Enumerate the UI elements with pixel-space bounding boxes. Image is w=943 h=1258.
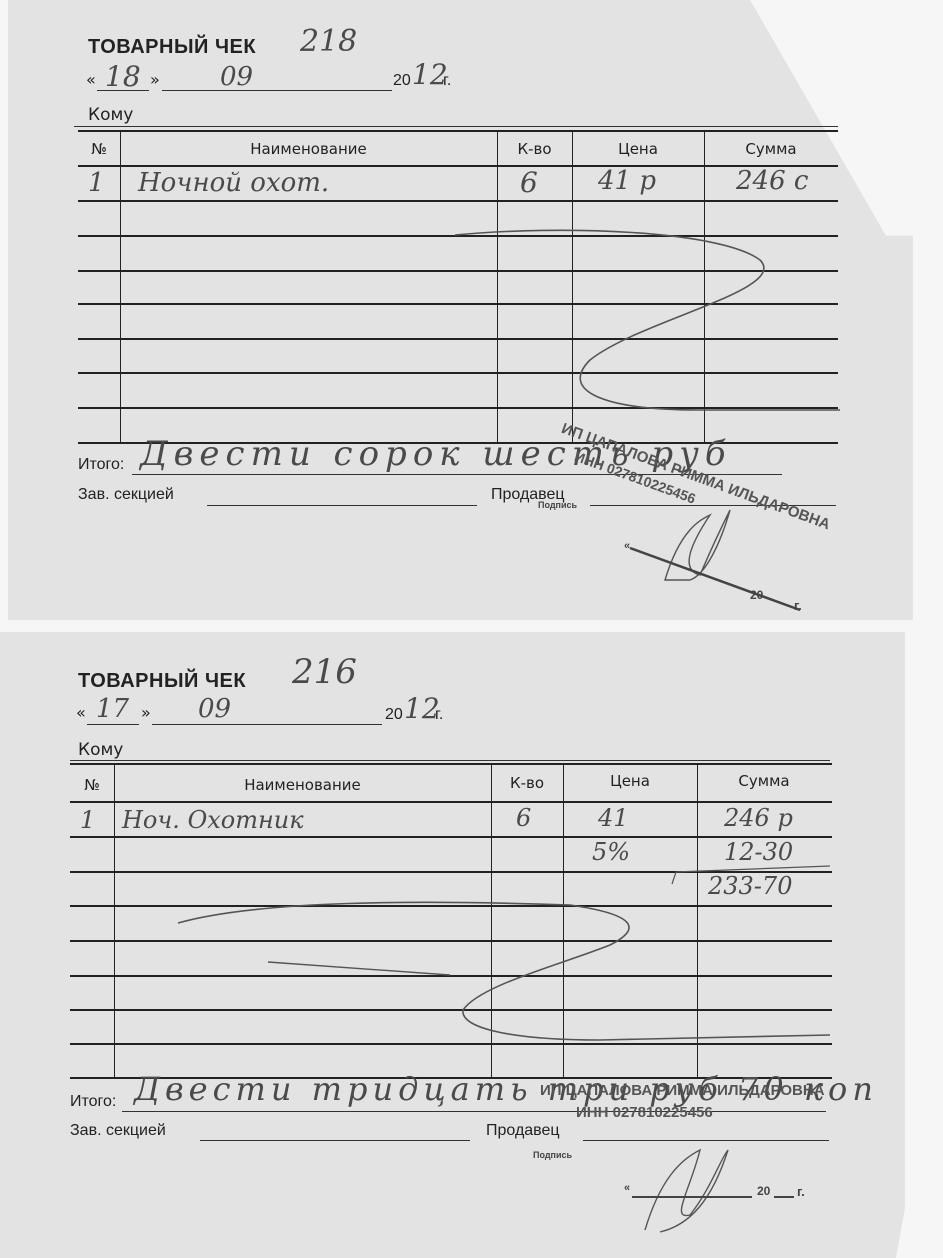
footer-year-prefix: 20 bbox=[757, 1184, 770, 1198]
footer-year-unit: г. bbox=[797, 1184, 805, 1199]
footer-open-quote: « bbox=[624, 1182, 630, 1194]
signature-scribble bbox=[0, 0, 943, 1258]
footer-date-underline bbox=[632, 1196, 752, 1198]
footer-year-underline bbox=[774, 1196, 794, 1198]
